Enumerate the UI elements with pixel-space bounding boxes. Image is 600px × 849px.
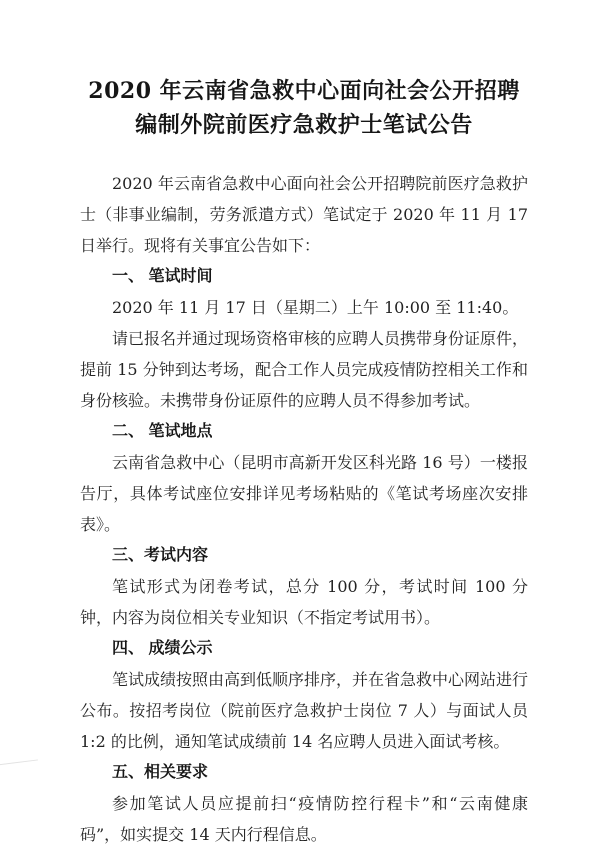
section-4-paragraph-1: 笔试成绩按照由高到低顺序排序，并在省急救中心网站进行公布。按招考岗位（院前医疗急…	[80, 664, 528, 757]
document-page: 2020 年云南省急救中心面向社会公开招聘 编制外院前医疗急救护士笔试公告 20…	[0, 0, 600, 849]
section-2-heading: 二、 笔试地点	[80, 416, 528, 447]
section-1-heading: 一、 笔试时间	[80, 261, 528, 292]
document-content: 2020 年云南省急救中心面向社会公开招聘 编制外院前医疗急救护士笔试公告 20…	[80, 0, 528, 849]
section-5-heading: 五、相关要求	[80, 757, 528, 788]
section-3-heading: 三、考试内容	[80, 540, 528, 571]
section-5-paragraph-1: 参加笔试人员应提前扫“疫情防控行程卡”和“云南健康码”，如实提交 14 天内行程…	[80, 788, 528, 849]
section-3-paragraph-1: 笔试形式为闭卷考试，总分 100 分，考试时间 100 分钟，内容为岗位相关专业…	[80, 571, 528, 633]
section-1-paragraph-2: 请已报名并通过现场资格审核的应聘人员携带身份证原件，提前 15 分钟到达考场，配…	[80, 323, 528, 416]
document-title-block: 2020 年云南省急救中心面向社会公开招聘 编制外院前医疗急救护士笔试公告	[80, 0, 528, 142]
document-title-line-2: 编制外院前医疗急救护士笔试公告	[80, 108, 528, 142]
section-1-paragraph-1: 2020 年 11 月 17 日（星期二）上午 10:00 至 11:40。	[80, 292, 528, 323]
section-2-paragraph-1: 云南省急救中心（昆明市高新开发区科光路 16 号）一楼报告厅，具体考试座位安排详…	[80, 447, 528, 540]
intro-paragraph: 2020 年云南省急救中心面向社会公开招聘院前医疗急救护士（非事业编制，劳务派遣…	[80, 168, 528, 261]
document-title-line-1: 2020 年云南省急救中心面向社会公开招聘	[80, 74, 528, 108]
section-4-heading: 四、 成绩公示	[80, 633, 528, 664]
scan-artifact	[0, 759, 38, 765]
document-body: 2020 年云南省急救中心面向社会公开招聘院前医疗急救护士（非事业编制，劳务派遣…	[80, 168, 528, 849]
